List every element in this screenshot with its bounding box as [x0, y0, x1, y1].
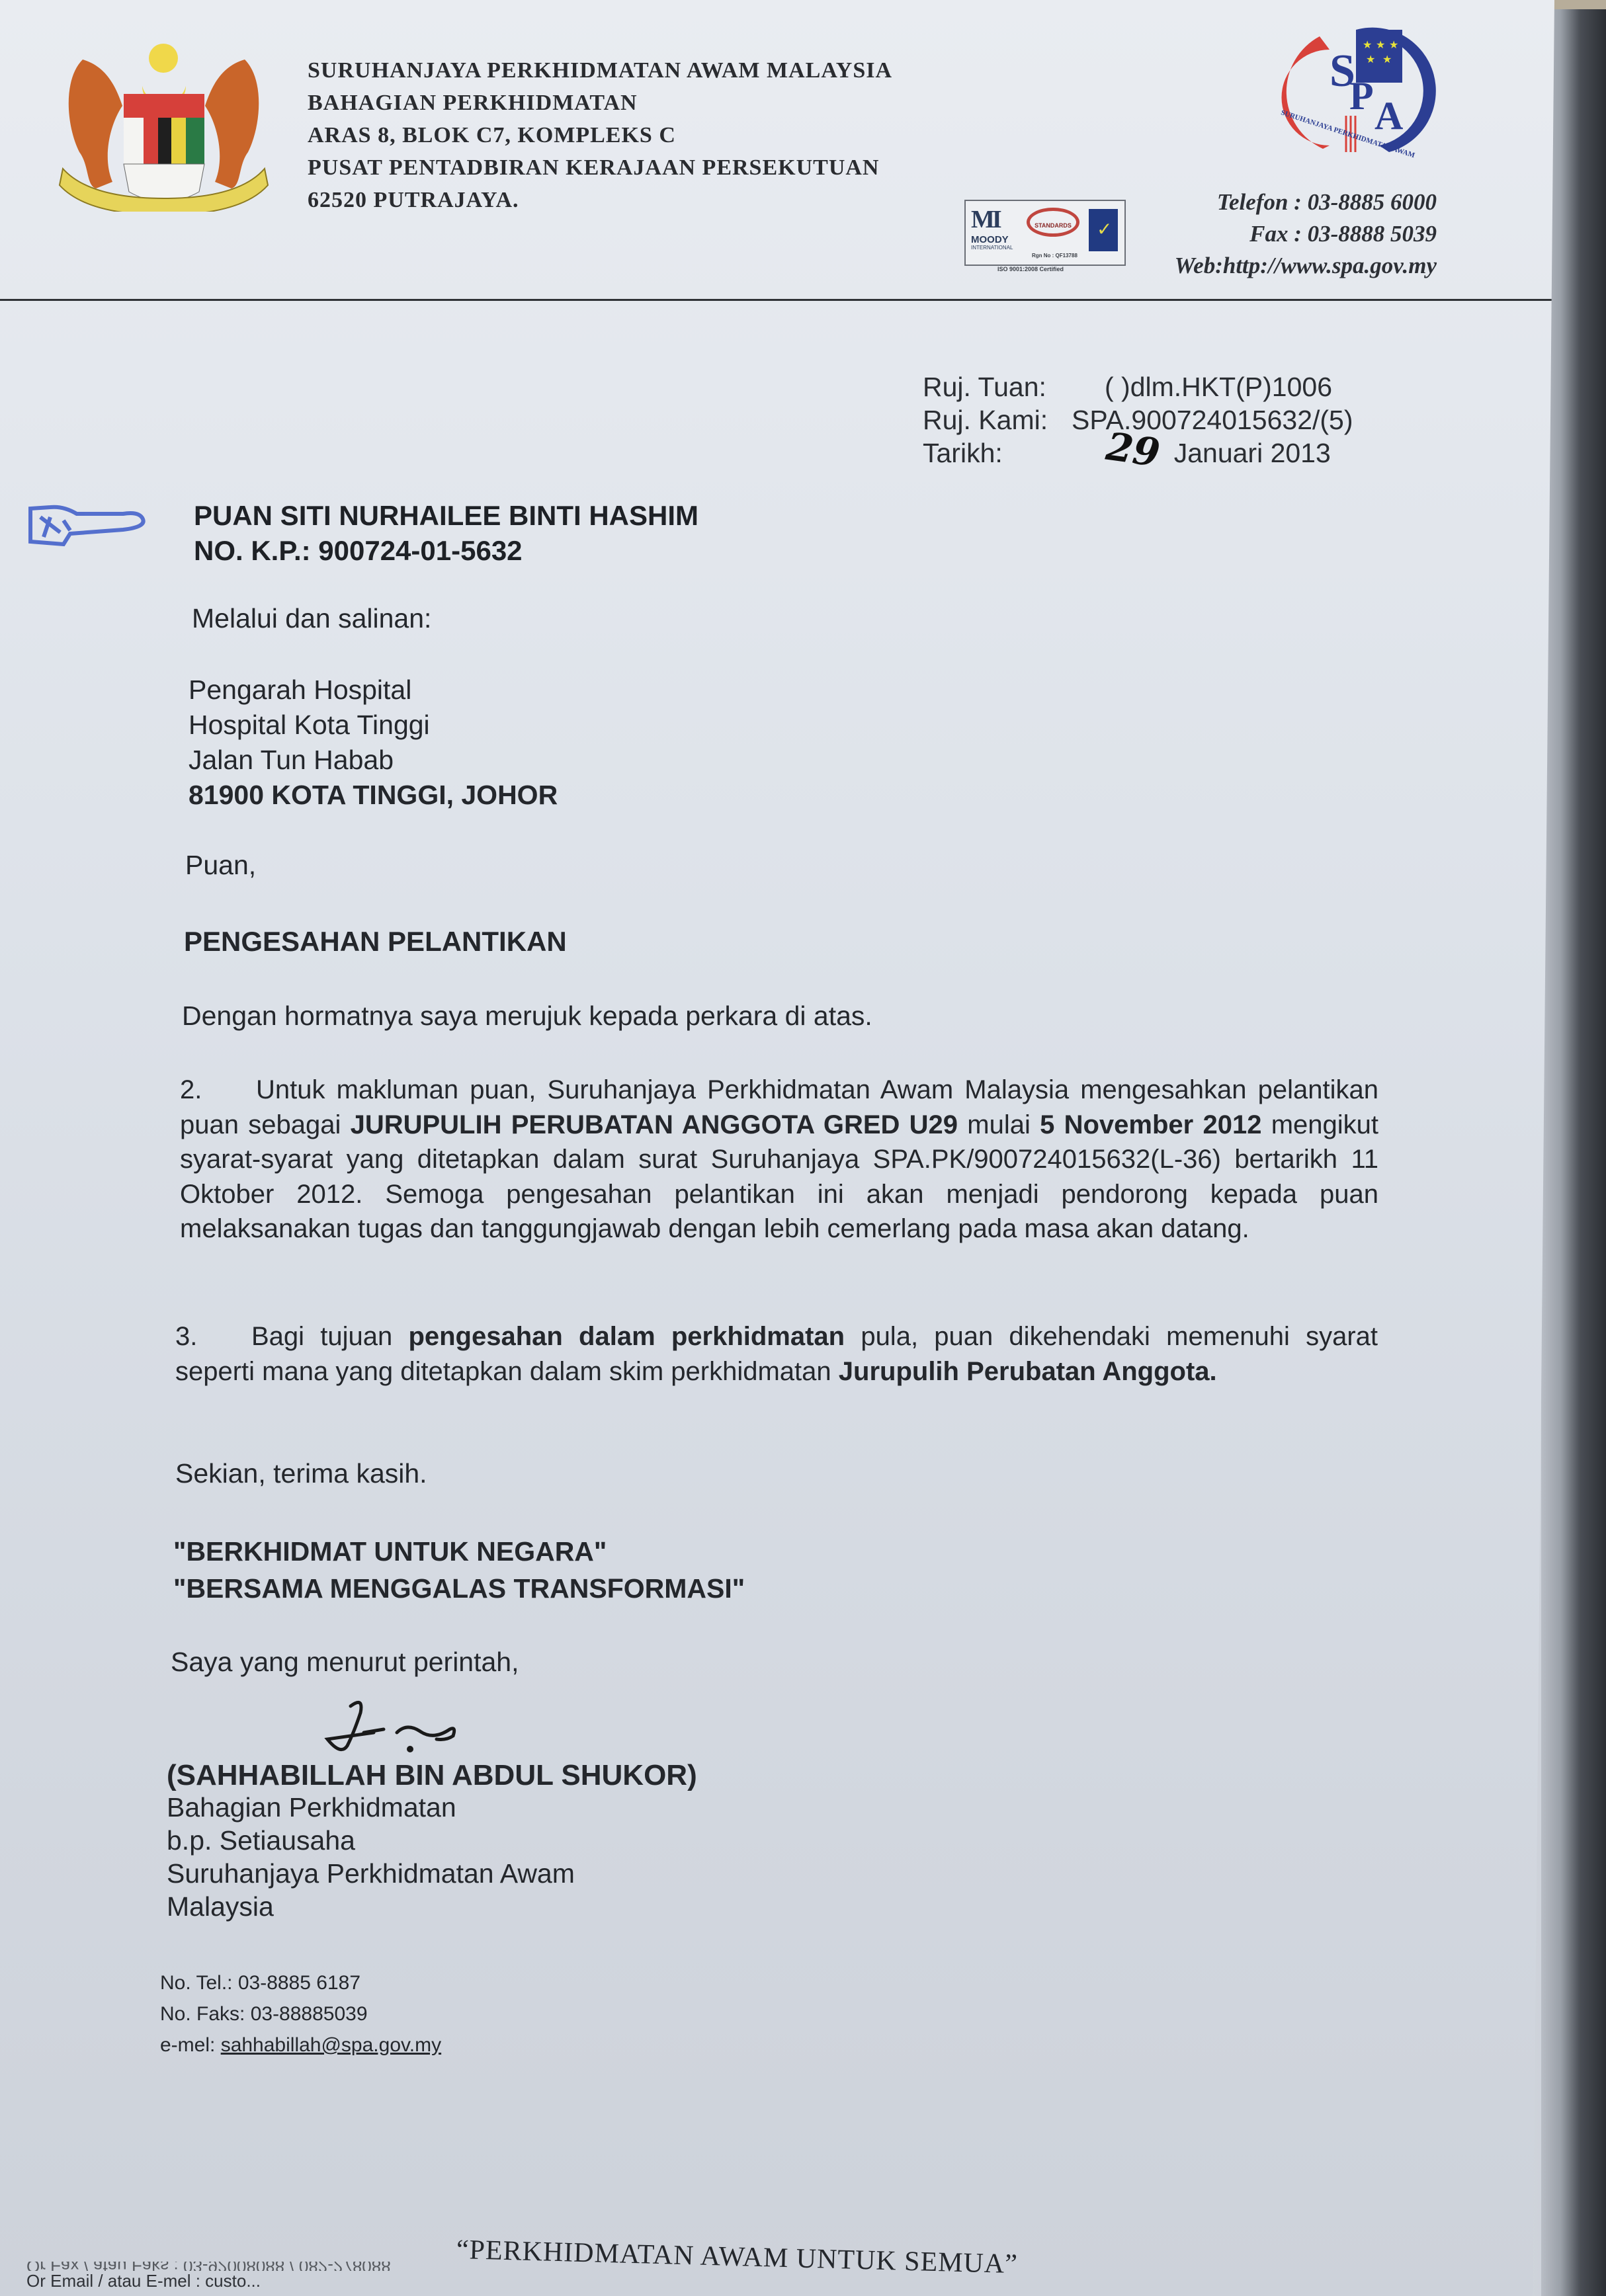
via-copy-label: Melalui dan salinan: — [192, 603, 431, 634]
order-line: Saya yang menurut perintah, — [171, 1647, 519, 1678]
iso-certified-text: ISO 9001:2008 Certified — [997, 266, 1064, 272]
footer-motto: “PERKHIDMATAN AWAM UNTUK SEMUA” — [456, 2234, 1018, 2280]
letterhead-contact: Telefon : 03-8885 6000 Fax : 03-8888 503… — [1175, 186, 1437, 282]
ref-your-reference: Ruj. Tuan: ( )dlm.HKT(P)1006 — [923, 370, 1353, 403]
org-line: ARAS 8, BLOK C7, KOMPLEKS C — [308, 119, 892, 151]
ref-date: Tarikh: 29 Januari 2013 — [923, 436, 1353, 470]
signer-fax: No. Faks: 03-88885039 — [160, 1998, 441, 2029]
signer-details: Bahagian Perkhidmatan b.p. Setiausaha Su… — [167, 1791, 575, 1923]
iso-certification-badge: MI MOODY INTERNATIONAL STANDARDS ✓ Rgn N… — [964, 200, 1126, 266]
signer-tel: No. Tel.: 03-8885 6187 — [160, 1967, 441, 1998]
coat-of-arms-icon — [50, 33, 278, 212]
iso-registration: Rgn No : QF13788 — [1032, 253, 1078, 259]
org-line: 62520 PUTRAJAYA. — [308, 184, 892, 216]
cut-line: Or Email / atau E-mel : custo... — [26, 2271, 391, 2291]
org-line: BAHAGIAN PERKHIDMATAN — [308, 87, 892, 119]
website-link[interactable]: Web:http://www.spa.gov.my — [1175, 250, 1437, 282]
paragraph-3: 3.Bagi tujuan pengesahan dalam perkhidma… — [175, 1319, 1378, 1389]
spa-logo-icon: ★★★ ★★ S P A SURUHANJAYA PERKHIDMATAN AW… — [1257, 23, 1455, 162]
signer-name: (SAHHABILLAH BIN ABDUL SHUKOR) — [167, 1759, 697, 1792]
underlying-sheet-text: Or Fax / atau Faks : 03-92008088 / 082-2… — [26, 2262, 391, 2291]
salutation: Puan, — [185, 850, 256, 881]
moody-logo-icon: MI — [971, 205, 999, 234]
address-line: Jalan Tun Habab — [189, 743, 558, 778]
svg-text:A: A — [1374, 94, 1403, 138]
closing-line: Sekian, terima kasih. — [175, 1458, 427, 1489]
svg-text:P: P — [1349, 74, 1374, 118]
opening-line: Dengan hormatnya saya merujuk kepada per… — [182, 1001, 872, 1032]
fax: Fax : 03-8888 5039 — [1175, 218, 1437, 250]
motto-line: "BERSAMA MENGGALAS TRANSFORMASI" — [173, 1570, 745, 1607]
org-line: SURUHANJAYA PERKHIDMATAN AWAM MALAYSIA — [308, 54, 892, 87]
letter-page: SURUHANJAYA PERKHIDMATAN AWAM MALAYSIA B… — [0, 0, 1554, 2296]
telephone: Telefon : 03-8885 6000 — [1175, 186, 1437, 218]
header-divider — [0, 299, 1554, 301]
letter-subject: PENGESAHAN PELANTIKAN — [184, 926, 567, 958]
copy-address: Pengarah Hospital Hospital Kota Tinggi J… — [189, 673, 558, 813]
iso-moody-text: MOODY — [971, 234, 1009, 245]
address-line: Hospital Kota Tinggi — [189, 708, 558, 743]
address-line: 81900 KOTA TINGGI, JOHOR — [189, 778, 558, 813]
signer-contact: No. Tel.: 03-8885 6187 No. Faks: 03-8888… — [160, 1967, 441, 2061]
signer-line: Suruhanjaya Perkhidmatan Awam — [167, 1857, 575, 1890]
reference-block: Ruj. Tuan: ( )dlm.HKT(P)1006 Ruj. Kami: … — [923, 370, 1353, 470]
svg-text:★: ★ — [1389, 38, 1398, 51]
handwritten-signature-icon — [301, 1693, 499, 1766]
cut-line: Or Fax / atau Faks : 03-92008088 / 082-2… — [26, 2262, 391, 2271]
paragraph-2: 2.Untuk makluman puan, Suruhanjaya Perkh… — [180, 1073, 1378, 1247]
signer-email: e-mel: sahhabillah@spa.gov.my — [160, 2029, 441, 2061]
recipient-name: PUAN SITI NURHAILEE BINTI HASHIM — [194, 498, 698, 533]
mottos: "BERKHIDMAT UNTUK NEGARA" "BERSAMA MENGG… — [173, 1533, 745, 1607]
signer-line: b.p. Setiausaha — [167, 1824, 575, 1857]
svg-text:★: ★ — [1376, 38, 1385, 51]
pointing-hand-stamp-icon — [24, 501, 153, 550]
recipient-ic-number: NO. K.P.: 900724-01-5632 — [194, 533, 698, 568]
check-icon: ✓ — [1097, 218, 1112, 240]
address-line: Pengarah Hospital — [189, 673, 558, 708]
iso-international-text: INTERNATIONAL — [971, 245, 1013, 251]
organization-address: SURUHANJAYA PERKHIDMATAN AWAM MALAYSIA B… — [308, 54, 892, 216]
recipient: PUAN SITI NURHAILEE BINTI HASHIM NO. K.P… — [194, 498, 698, 568]
svg-text:★: ★ — [1382, 53, 1392, 65]
standards-logo: STANDARDS — [1027, 208, 1079, 237]
signer-line: Malaysia — [167, 1890, 575, 1923]
signer-line: Bahagian Perkhidmatan — [167, 1791, 575, 1824]
handwritten-day: 29 — [1104, 433, 1162, 473]
svg-text:★: ★ — [1366, 53, 1375, 65]
desk-top — [1548, 0, 1606, 9]
org-line: PUSAT PENTADBIRAN KERAJAAN PERSEKUTUAN — [308, 151, 892, 184]
svg-text:★: ★ — [1363, 38, 1372, 51]
email-link[interactable]: sahhabillah@spa.gov.my — [221, 2034, 441, 2056]
motto-line: "BERKHIDMAT UNTUK NEGARA" — [173, 1533, 745, 1570]
